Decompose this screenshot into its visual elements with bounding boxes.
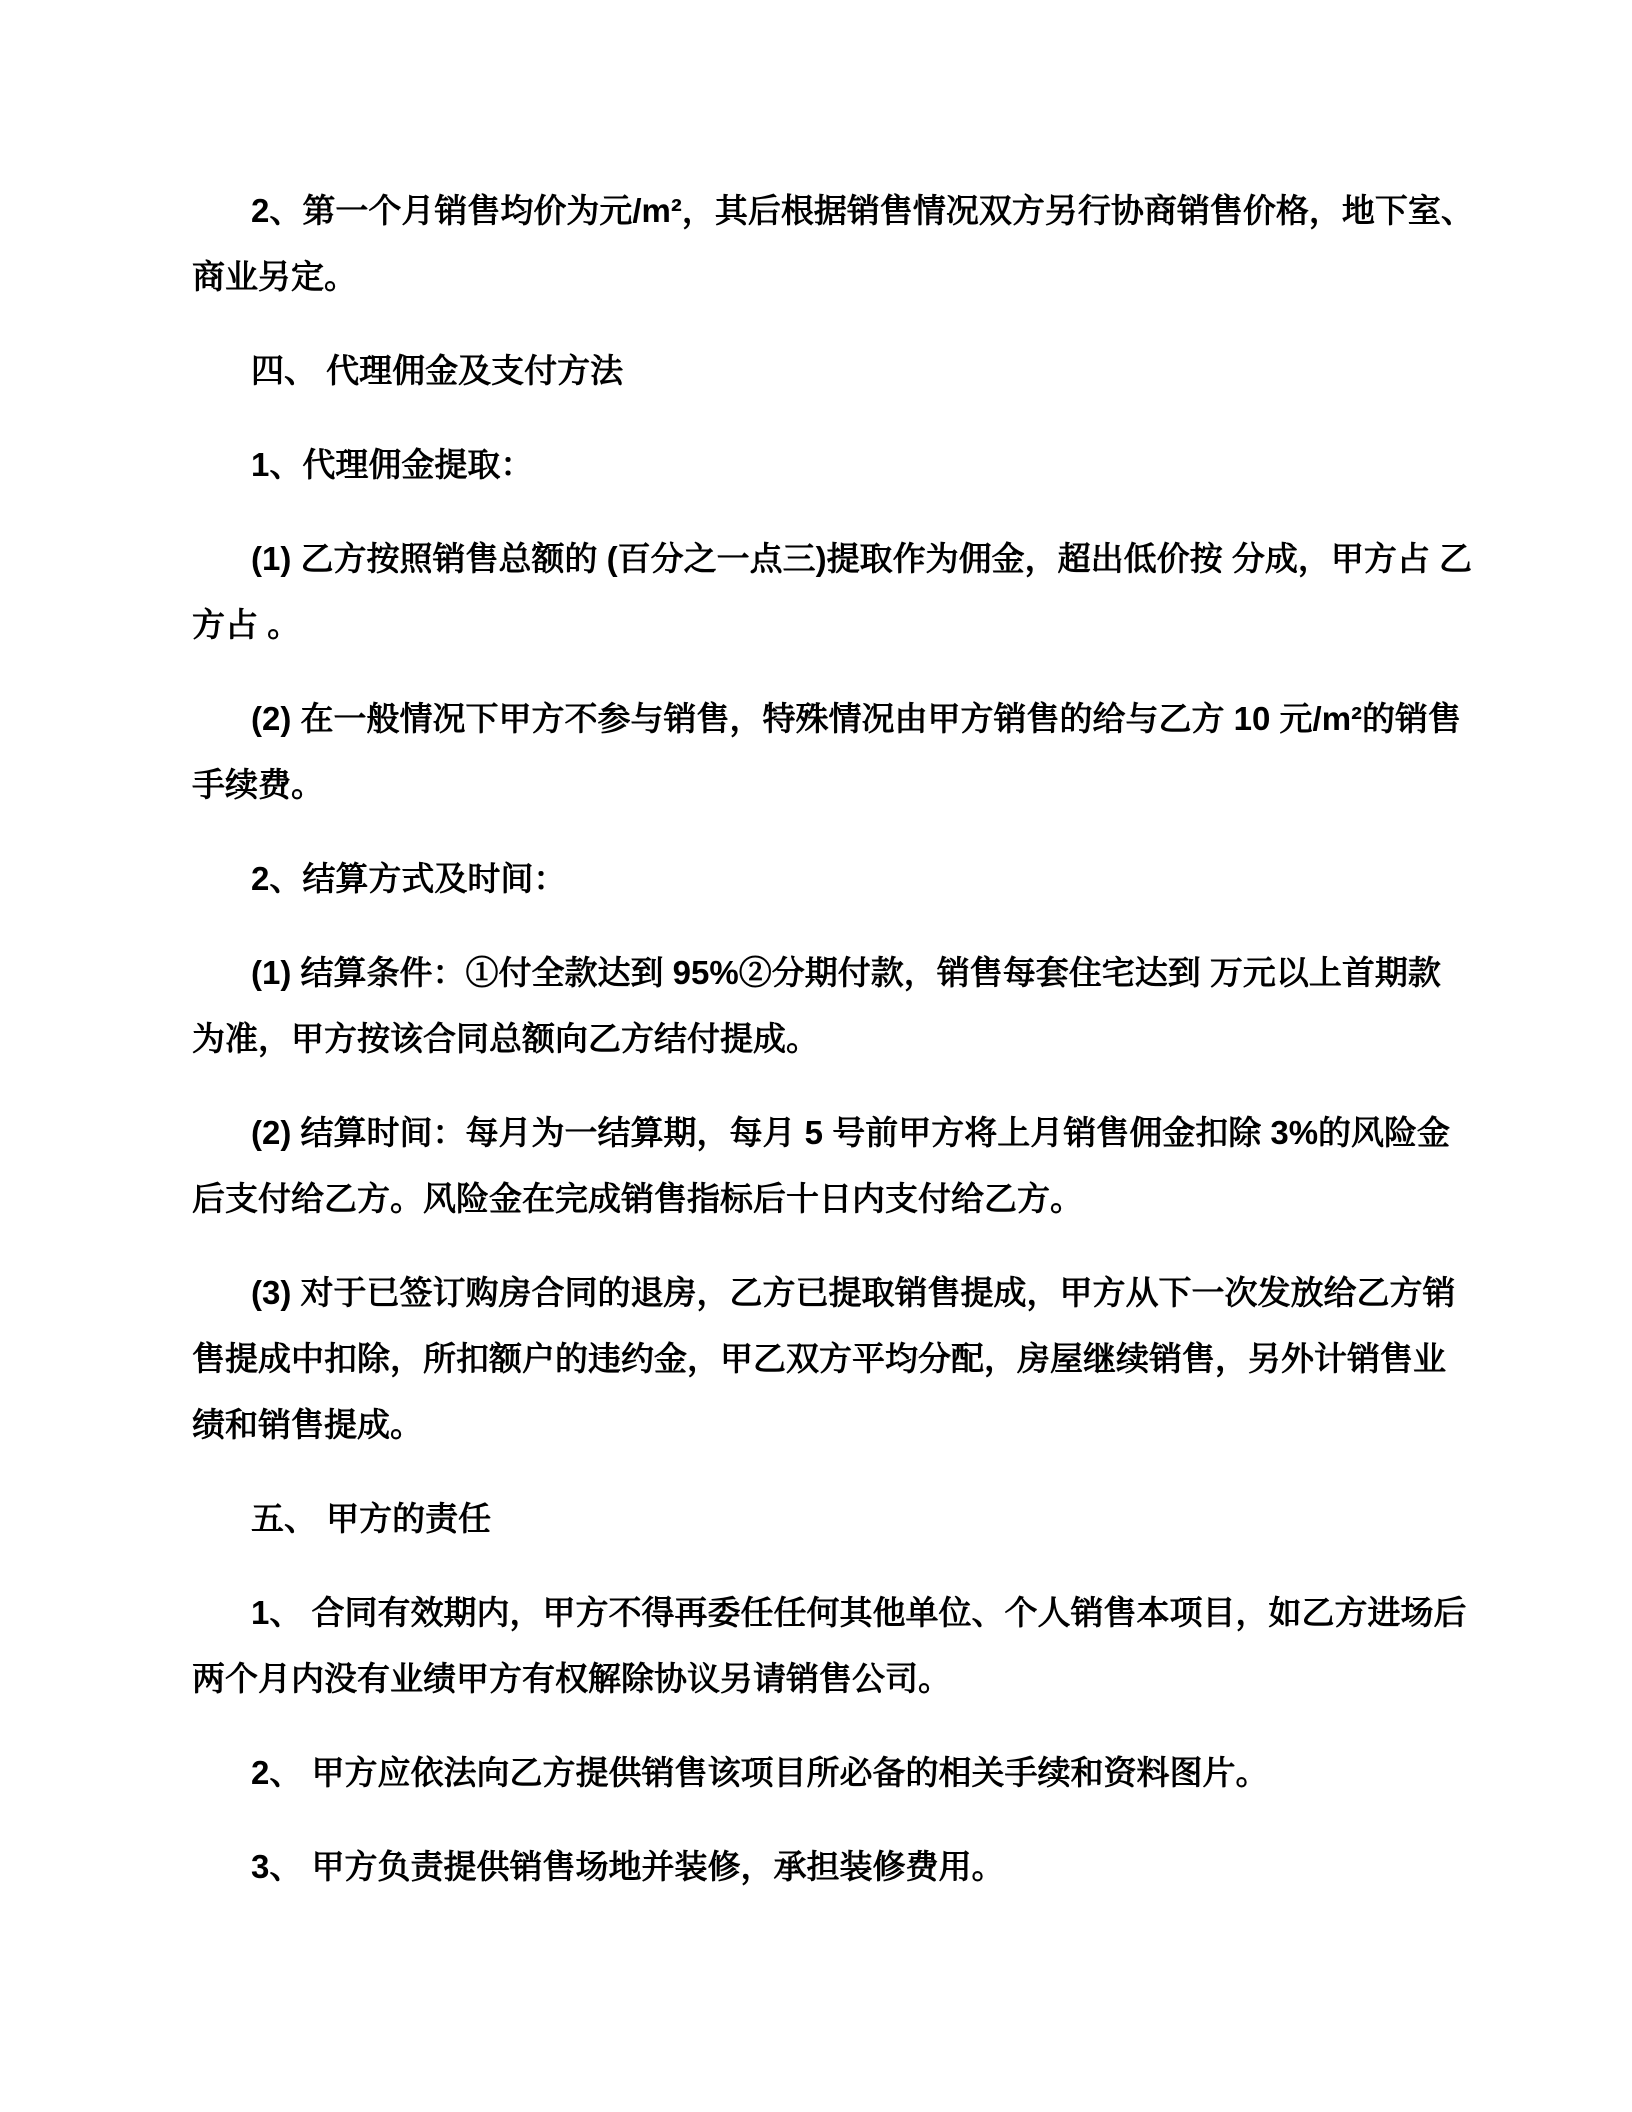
text-line: (2) 在一般情况下甲方不参与销售，特殊情况由甲方销售的给与乙方 10 元/m²… — [192, 686, 1482, 752]
item-1-exclusive-agency: 1、 合同有效期内，甲方不得再委任任何其他单位、个人销售本项目，如乙方进场后两个… — [192, 1580, 1482, 1712]
sub-item-2-sales-handling-fee: (2) 在一般情况下甲方不参与销售，特殊情况由甲方销售的给与乙方 10 元/m²… — [192, 686, 1482, 818]
section-4-heading-agency-commission: 四、 代理佣金及支付方法 — [192, 338, 1482, 404]
text-line: 售提成中扣除，所扣额户的违约金，甲乙双方平均分配，房屋继续销售，另外计销售业 — [192, 1326, 1482, 1392]
text-line: 1、 合同有效期内，甲方不得再委任任何其他单位、个人销售本项目，如乙方进场后 — [192, 1580, 1482, 1646]
text-line: 2、第一个月销售均价为元/m²，其后根据销售情况双方另行协商销售价格，地下室、 — [192, 178, 1482, 244]
sub-item-3-refund-handling: (3) 对于已签订购房合同的退房，乙方已提取销售提成，甲方从下一次发放给乙方销售… — [192, 1260, 1482, 1458]
text-line: (2) 结算时间：每月为一结算期，每月 5 号前甲方将上月销售佣金扣除 3%的风… — [192, 1100, 1482, 1166]
text-line: 手续费。 — [192, 752, 1482, 818]
item-2-settlement-heading: 2、结算方式及时间： — [192, 846, 1482, 912]
text-line: 2、 甲方应依法向乙方提供销售该项目所必备的相关手续和资料图片。 — [192, 1740, 1482, 1806]
sub-item-2-settlement-time: (2) 结算时间：每月为一结算期，每月 5 号前甲方将上月销售佣金扣除 3%的风… — [192, 1100, 1482, 1232]
clause-monthly-average-price: 2、第一个月销售均价为元/m²，其后根据销售情况双方另行协商销售价格，地下室、商… — [192, 178, 1482, 310]
text-line: 为准，甲方按该合同总额向乙方结付提成。 — [192, 1006, 1482, 1072]
text-line: 后支付给乙方。风险金在完成销售指标后十日内支付给乙方。 — [192, 1166, 1482, 1232]
text-line: 五、 甲方的责任 — [192, 1486, 1482, 1552]
text-line: 四、 代理佣金及支付方法 — [192, 338, 1482, 404]
section-5-heading-party-a-responsibility: 五、 甲方的责任 — [192, 1486, 1482, 1552]
text-line: (1) 结算条件：①付全款达到 95%②分期付款，销售每套住宅达到 万元以上首期… — [192, 940, 1482, 1006]
text-line: 商业另定。 — [192, 244, 1482, 310]
document-page: 2、第一个月销售均价为元/m²，其后根据销售情况双方另行协商销售价格，地下室、商… — [0, 0, 1632, 2112]
item-2-provide-documents: 2、 甲方应依法向乙方提供销售该项目所必备的相关手续和资料图片。 — [192, 1740, 1482, 1806]
sub-item-1-commission-rate: (1) 乙方按照销售总额的 (百分之一点三)提取作为佣金，超出低价按 分成，甲方… — [192, 526, 1482, 658]
sub-item-1-settlement-conditions: (1) 结算条件：①付全款达到 95%②分期付款，销售每套住宅达到 万元以上首期… — [192, 940, 1482, 1072]
document-body: 2、第一个月销售均价为元/m²，其后根据销售情况双方另行协商销售价格，地下室、商… — [0, 0, 1632, 1928]
text-line: (3) 对于已签订购房合同的退房，乙方已提取销售提成，甲方从下一次发放给乙方销 — [192, 1260, 1482, 1326]
text-line: 2、结算方式及时间： — [192, 846, 1482, 912]
item-3-provide-venue: 3、 甲方负责提供销售场地并装修，承担装修费用。 — [192, 1834, 1482, 1900]
text-line: (1) 乙方按照销售总额的 (百分之一点三)提取作为佣金，超出低价按 分成，甲方… — [192, 526, 1482, 592]
text-line: 绩和销售提成。 — [192, 1392, 1482, 1458]
text-line: 两个月内没有业绩甲方有权解除协议另请销售公司。 — [192, 1646, 1482, 1712]
text-line: 1、代理佣金提取： — [192, 432, 1482, 498]
text-line: 3、 甲方负责提供销售场地并装修，承担装修费用。 — [192, 1834, 1482, 1900]
item-1-commission-extraction-heading: 1、代理佣金提取： — [192, 432, 1482, 498]
text-line: 方占 。 — [192, 592, 1482, 658]
